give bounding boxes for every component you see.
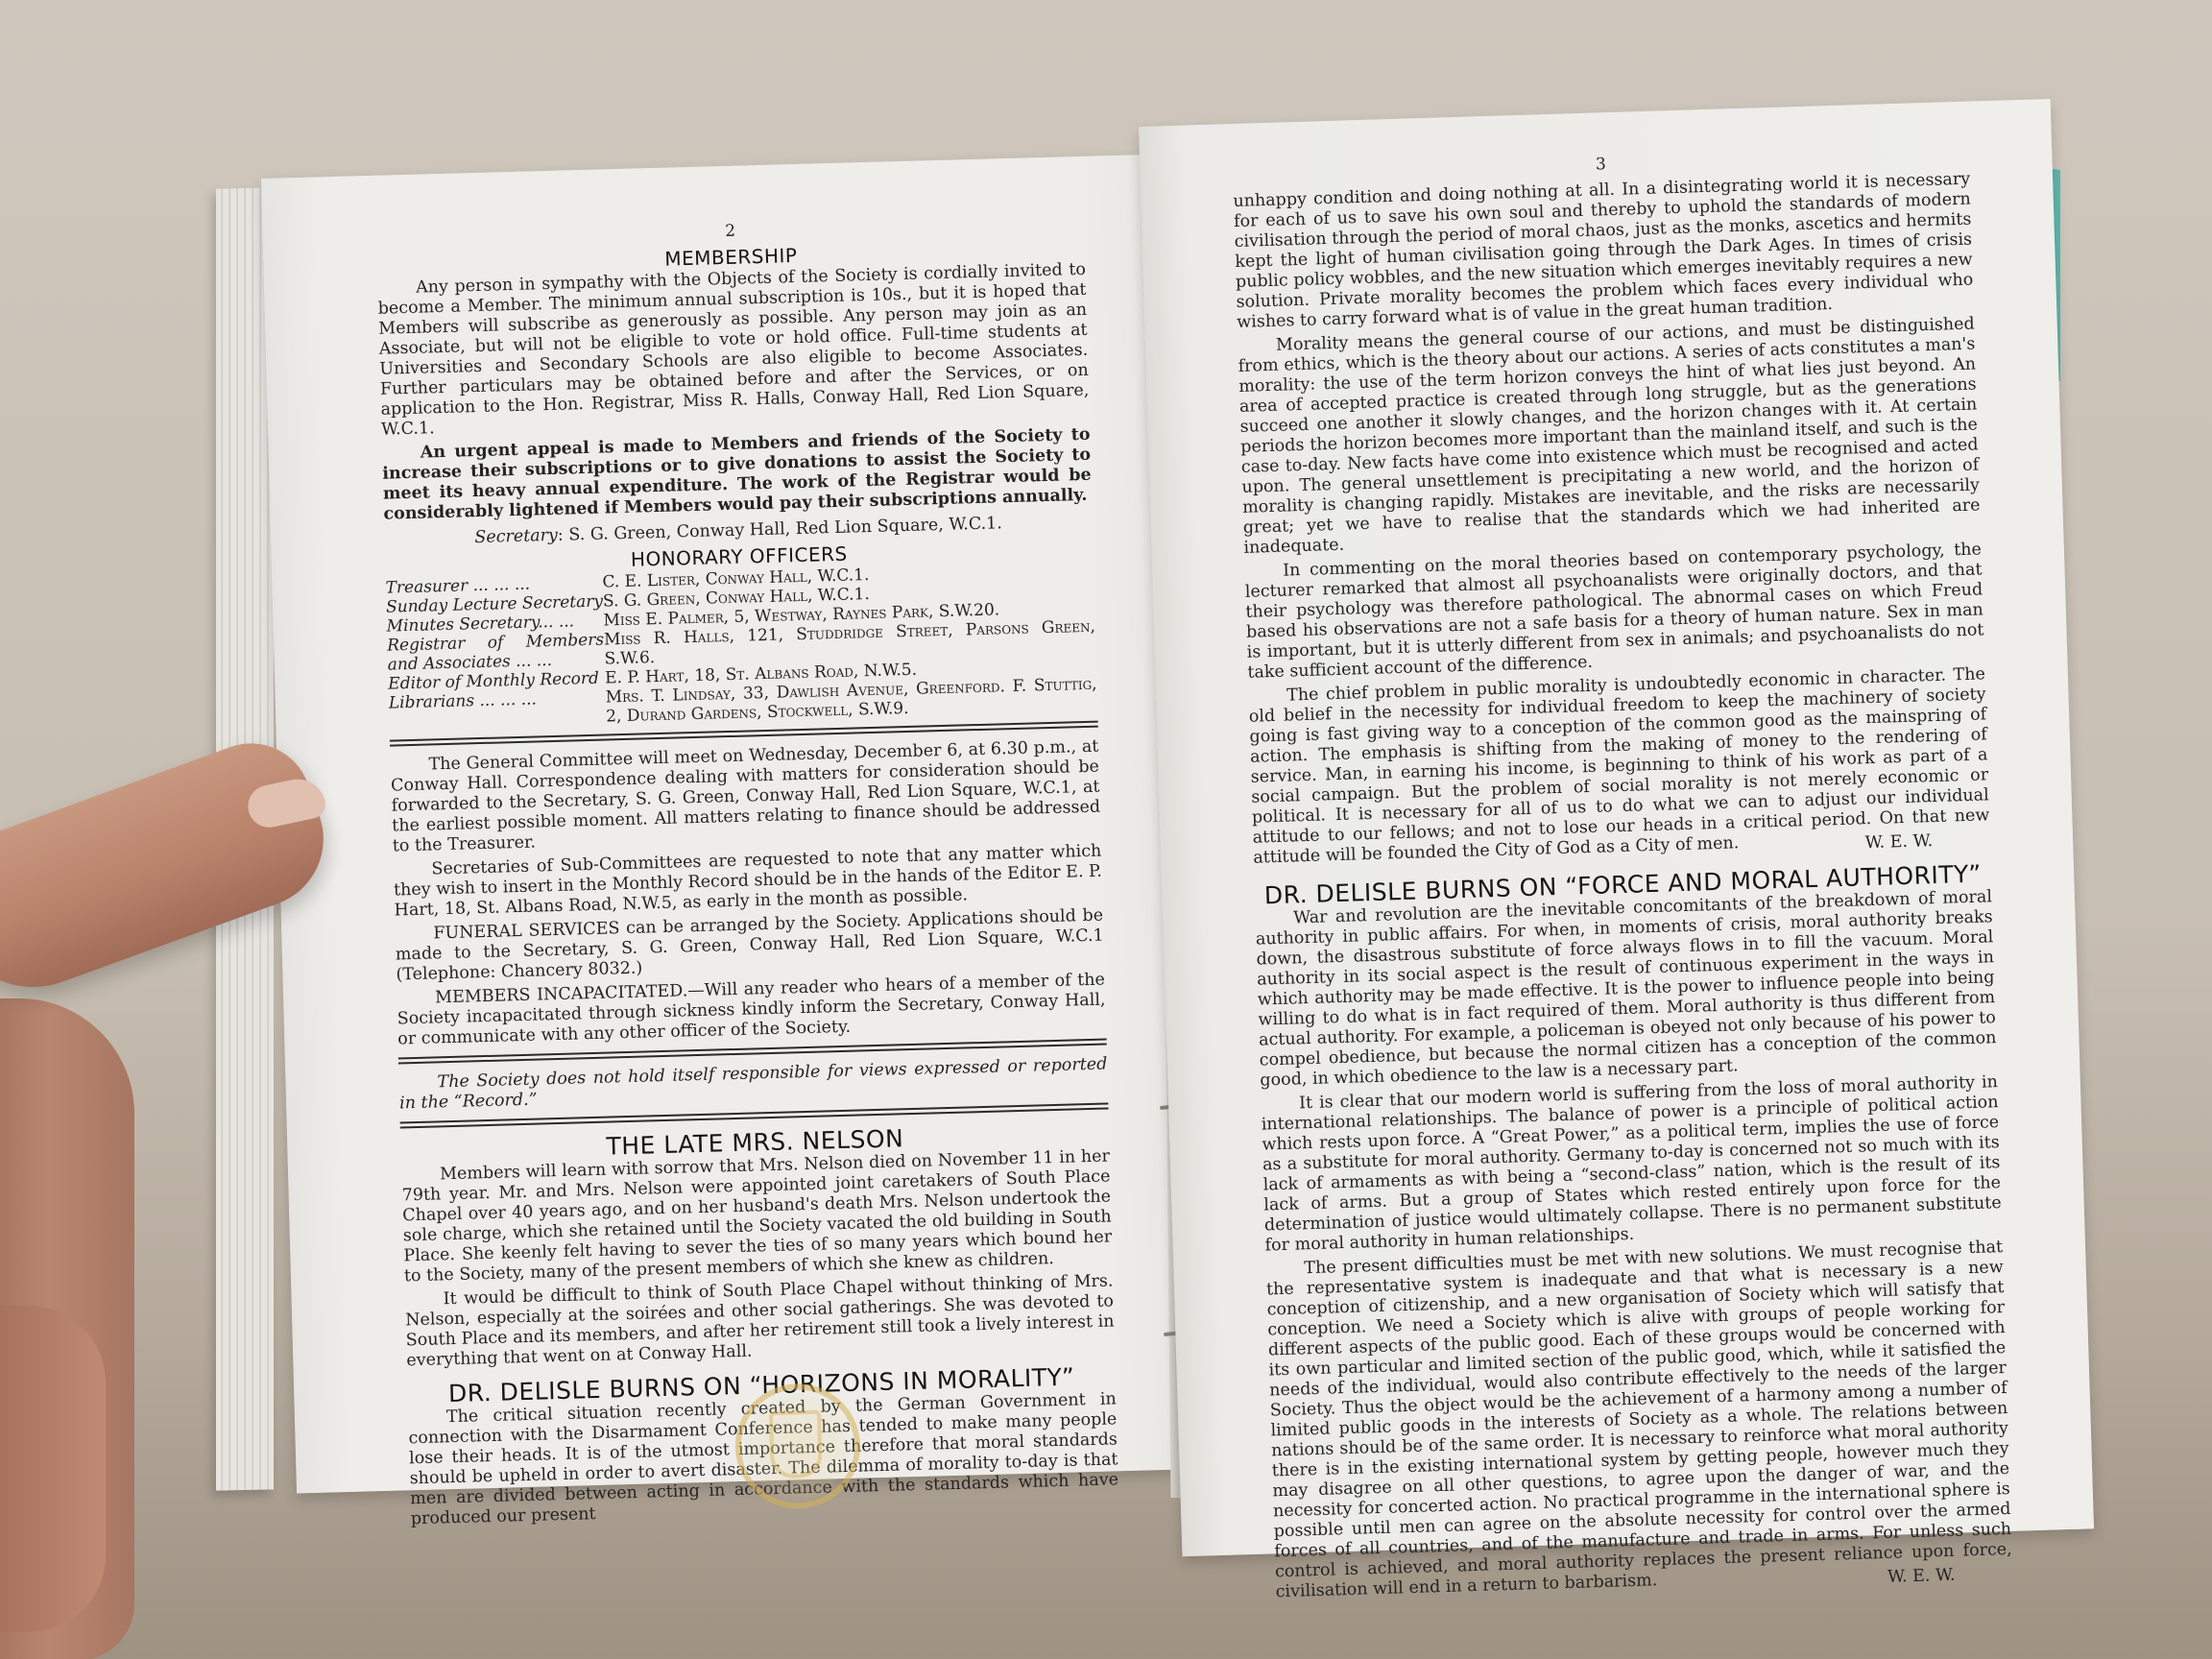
article2-paragraph-1: War and revolution are the inevitable co…: [1255, 887, 1997, 1091]
article-continued-paragraph-2: Morality means the general course of our…: [1238, 315, 1982, 559]
obituary-paragraph-1: Members will learn with sorrow that Mrs.…: [401, 1146, 1113, 1286]
article-continued-paragraph-1: unhappy condition and doing nothing at a…: [1233, 170, 1974, 333]
right-page: 3 unhappy condition and doing nothing at…: [1139, 99, 2094, 1556]
right-page-content: 3 unhappy condition and doing nothing at…: [1232, 144, 2013, 1611]
obituary-paragraph-2: It would be difficult to think of South …: [404, 1271, 1115, 1371]
article2-paragraph-2: It is clear that our modern world is suf…: [1261, 1072, 2003, 1256]
article-continued-paragraph-3: In commenting on the moral theories base…: [1244, 540, 1984, 683]
officers-table: Treasurer ... ... ...C. E. Lister, Conwa…: [385, 560, 1097, 733]
photo-scene: 2 MEMBERSHIP Any person in sympathy with…: [0, 0, 2212, 1659]
officer-role: Librarians ... ... ...: [389, 687, 607, 732]
left-page-content: 2 MEMBERSHIP Any person in sympathy with…: [376, 212, 1119, 1533]
secretary-value: : S. G. Green, Conway Hall, Red Lion Squ…: [558, 514, 1002, 545]
hand-lower-finger: [0, 1306, 106, 1632]
membership-paragraph-2: An urgent appeal is made to Members and …: [382, 425, 1093, 525]
notice-general-committee: The General Committee will meet on Wedne…: [390, 737, 1101, 857]
secretary-label: Secretary: [474, 526, 558, 547]
left-page: 2 MEMBERSHIP Any person in sympathy with…: [261, 154, 1228, 1494]
officer-role: Registrar of Members and Associates ... …: [387, 631, 605, 675]
article2-paragraph-3: The present difficulties must be met wit…: [1265, 1238, 2013, 1602]
membership-paragraph-1: Any person in sympathy with the Objects …: [377, 260, 1090, 441]
